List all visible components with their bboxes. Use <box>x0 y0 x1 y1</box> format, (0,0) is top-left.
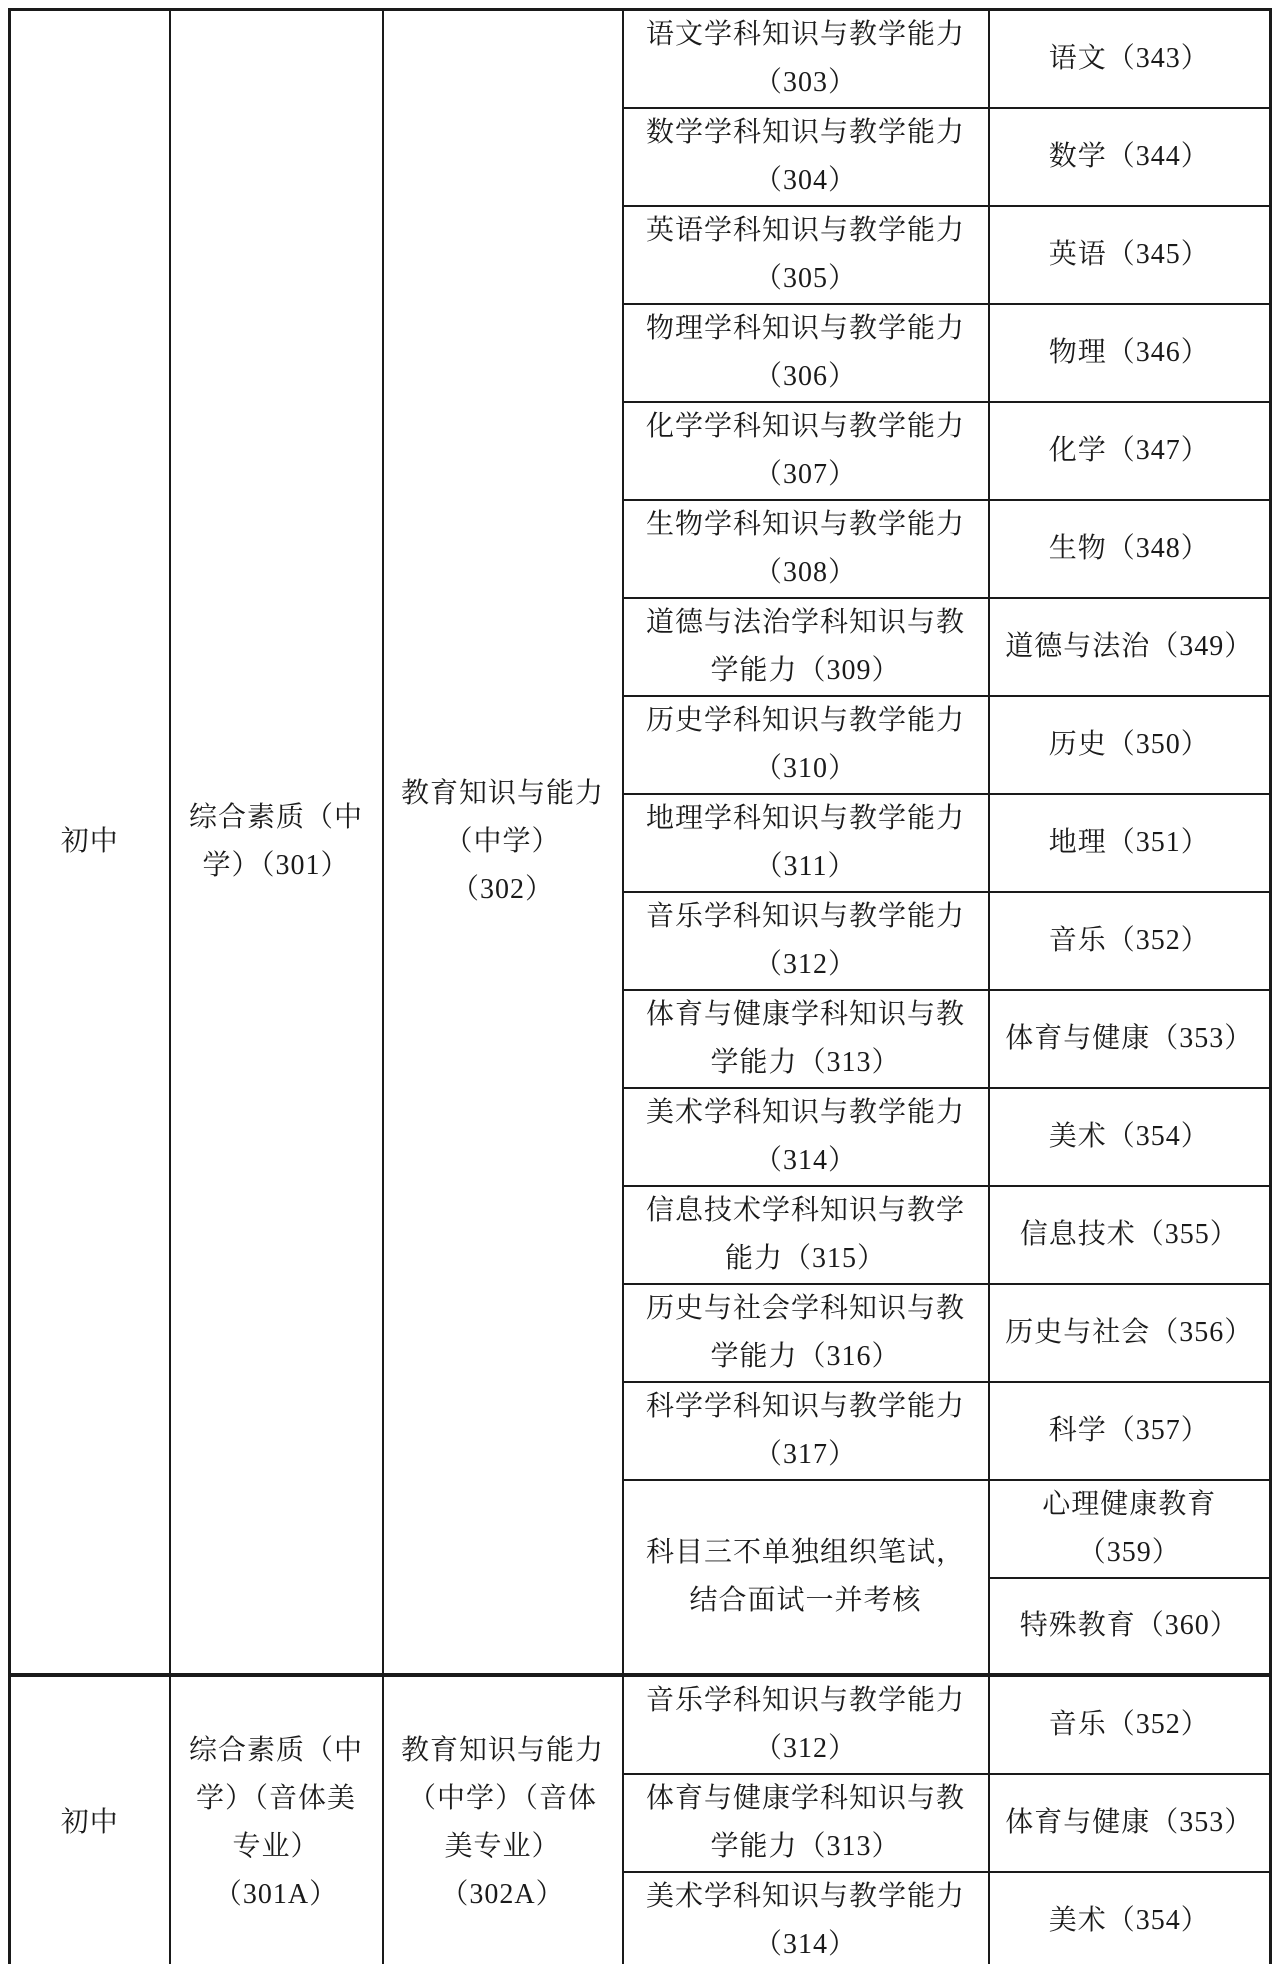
subject-code-cell: 美术（354） <box>989 1872 1271 1964</box>
subject-code-cell: 生物（348） <box>989 500 1271 598</box>
table-section-2: 初中综合素质（中 学）（音体美 专业） （301A）教育知识与能力 （中学）（音… <box>10 1675 1271 1964</box>
school-level-cell: 初中 <box>10 1675 170 1964</box>
subject-three-cell: 美术学科知识与教学能力 （314） <box>623 1872 989 1964</box>
subject-code-cell: 特殊教育（360） <box>989 1578 1271 1675</box>
table-section-1: 初中综合素质（中 学）（301）教育知识与能力 （中学） （302）语文学科知识… <box>10 10 1271 1676</box>
subject-code-cell: 英语（345） <box>989 206 1271 304</box>
subject-one-cell: 综合素质（中 学）（音体美 专业） （301A） <box>170 1675 383 1964</box>
subject-code-cell: 地理（351） <box>989 794 1271 892</box>
subject-code-cell: 历史（350） <box>989 696 1271 794</box>
subject-code-cell: 体育与健康（353） <box>989 990 1271 1088</box>
subject-three-cell: 地理学科知识与教学能力 （311） <box>623 794 989 892</box>
subject-three-cell: 科学学科知识与教学能力 （317） <box>623 1382 989 1480</box>
subject-three-cell: 体育与健康学科知识与教 学能力（313） <box>623 990 989 1088</box>
subject-three-cell: 道德与法治学科知识与教 学能力（309） <box>623 598 989 696</box>
subject-three-cell: 历史与社会学科知识与教 学能力（316） <box>623 1284 989 1382</box>
subject-three-cell: 化学学科知识与教学能力 （307） <box>623 402 989 500</box>
subject-code-cell: 数学（344） <box>989 108 1271 206</box>
subject-code-cell: 物理（346） <box>989 304 1271 402</box>
exam-subjects-table: 初中综合素质（中 学）（301）教育知识与能力 （中学） （302）语文学科知识… <box>8 8 1272 1964</box>
subject-three-cell: 生物学科知识与教学能力 （308） <box>623 500 989 598</box>
subject-code-cell: 道德与法治（349） <box>989 598 1271 696</box>
subject-three-note-cell: 科目三不单独组织笔试， 结合面试一并考核 <box>623 1480 989 1675</box>
school-level-cell: 初中 <box>10 10 170 1676</box>
subject-three-cell: 英语学科知识与教学能力 （305） <box>623 206 989 304</box>
subject-code-cell: 信息技术（355） <box>989 1186 1271 1284</box>
subject-code-cell: 化学（347） <box>989 402 1271 500</box>
subject-three-cell: 历史学科知识与教学能力 （310） <box>623 696 989 794</box>
table-row: 初中综合素质（中 学）（301）教育知识与能力 （中学） （302）语文学科知识… <box>10 10 1271 109</box>
subject-code-cell: 美术（354） <box>989 1088 1271 1186</box>
subject-two-cell: 教育知识与能力 （中学） （302） <box>383 10 623 1676</box>
subject-code-cell: 历史与社会（356） <box>989 1284 1271 1382</box>
subject-code-cell: 体育与健康（353） <box>989 1774 1271 1872</box>
subject-code-cell: 音乐（352） <box>989 892 1271 990</box>
subject-code-cell: 科学（357） <box>989 1382 1271 1480</box>
subject-three-cell: 语文学科知识与教学能力 （303） <box>623 10 989 109</box>
subject-code-cell: 语文（343） <box>989 10 1271 109</box>
subject-three-cell: 数学学科知识与教学能力 （304） <box>623 108 989 206</box>
table-row: 初中综合素质（中 学）（音体美 专业） （301A）教育知识与能力 （中学）（音… <box>10 1675 1271 1774</box>
subject-three-cell: 音乐学科知识与教学能力 （312） <box>623 892 989 990</box>
subject-two-cell: 教育知识与能力 （中学）（音体 美专业） （302A） <box>383 1675 623 1964</box>
subject-three-cell: 信息技术学科知识与教学 能力（315） <box>623 1186 989 1284</box>
subject-code-cell: 心理健康教育 （359） <box>989 1480 1271 1578</box>
subject-one-cell: 综合素质（中 学）（301） <box>170 10 383 1676</box>
subject-three-cell: 音乐学科知识与教学能力 （312） <box>623 1675 989 1774</box>
subject-three-cell: 美术学科知识与教学能力 （314） <box>623 1088 989 1186</box>
subject-code-cell: 音乐（352） <box>989 1675 1271 1774</box>
subject-three-cell: 物理学科知识与教学能力 （306） <box>623 304 989 402</box>
subject-three-cell: 体育与健康学科知识与教 学能力（313） <box>623 1774 989 1872</box>
